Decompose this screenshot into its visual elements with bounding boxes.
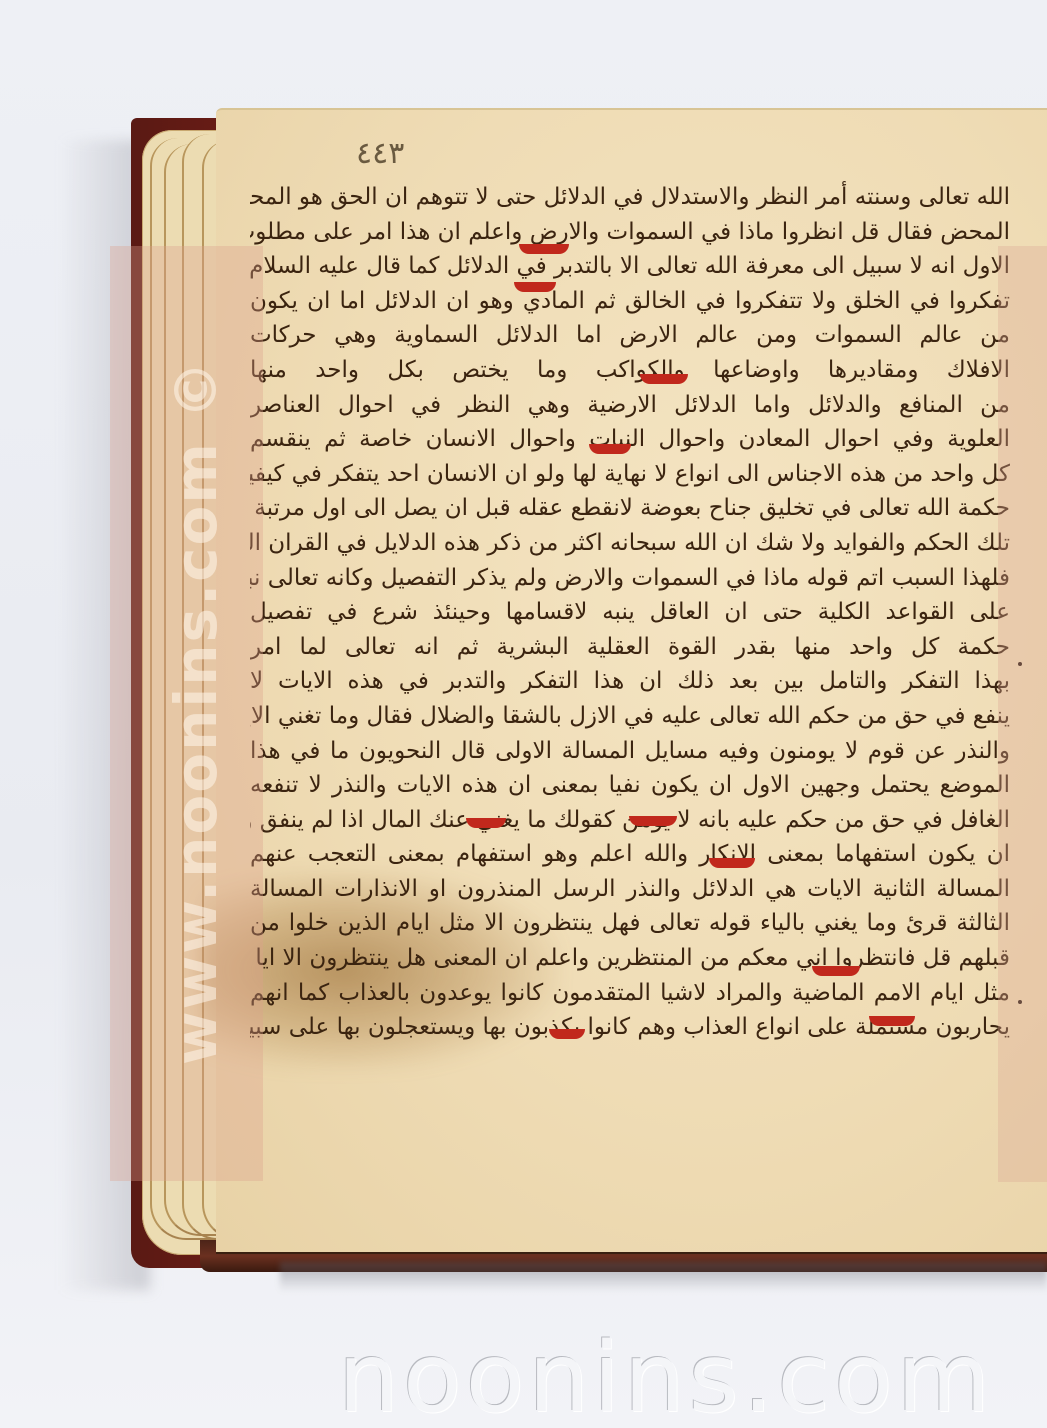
rubric-mark (514, 282, 556, 292)
text-line: تفكروا في الخلق ولا تتفكروا في الخالق ثم… (250, 284, 1010, 319)
text-line-content: من المنافع والدلائل واما الدلائل الارضية… (250, 392, 1010, 418)
page-number: ٤٤٣ (356, 136, 404, 171)
text-line-content: ان يكون استفهاما بمعنى الانكار والله اعل… (250, 841, 1010, 867)
text-line: حكمة كل واحد منها بقدر القوة العقلية الب… (250, 630, 1010, 665)
rubric-mark (549, 1029, 585, 1039)
text-line: الاول انه لا سبيل الى معرفة الله تعالى ا… (250, 249, 1010, 284)
text-line: العلوية وفي احوال المعادن واحوال النبات … (250, 422, 1010, 457)
text-line: تلك الحكم والفوايد ولا شك ان الله سبحانه… (250, 526, 1010, 561)
text-line-content: المحض فقال قل انظروا ماذا في السموات وال… (250, 219, 1010, 245)
text-line-content: من عالم السموات ومن عالم الارض اما الدلا… (250, 322, 1010, 348)
text-line: الله تعالى وسنته أمر النظر والاستدلال في… (250, 180, 1010, 215)
text-line-content: الثالثة قرئ وما يغني بالياء قوله تعالى ف… (250, 910, 1010, 936)
text-line-content: حكمة الله تعالى في تخليق جناح بعوضة لانق… (250, 495, 1010, 521)
rubric-mark (629, 816, 677, 826)
rubric-mark (709, 858, 755, 868)
text-line-content: تفكروا في الخلق ولا تتفكروا في الخالق ثم… (250, 288, 1010, 314)
watermark-bottom: noonins.com (338, 1322, 948, 1428)
text-line: ان يكون استفهاما بمعنى الانكار والله اعل… (250, 837, 1010, 872)
text-line-content: تلك الحكم والفوايد ولا شك ان الله سبحانه… (250, 530, 1010, 556)
text-line: مثل ايام الامم الماضية والمراد لاشيا الم… (250, 976, 1010, 1011)
text-line: قبلهم قل فانتظروا اني معكم من المنتظرين … (250, 941, 1010, 976)
text-line: الافلاك ومقاديرها واوضاعها والكواكب وما … (250, 353, 1010, 388)
watermark-band-right (998, 246, 1047, 1182)
text-line: والنذر عن قوم لا يومنون وفيه مسايل المسا… (250, 734, 1010, 769)
text-line: الموضع يحتمل وجهين الاول ان يكون نفيا بم… (250, 768, 1010, 803)
watermark-vertical: www.noonins.com © (162, 359, 230, 1065)
rubric-mark (589, 444, 631, 454)
text-line: من عالم السموات ومن عالم الارض اما الدلا… (250, 318, 1010, 353)
text-line-content: على القواعد الكلية حتى ان العاقل ينبه لا… (250, 599, 1010, 625)
text-line-content: ينفع في حق من حكم الله تعالى عليه في الا… (250, 703, 1010, 729)
text-line-content: فلهذا السبب اتم قوله ماذا في السموات وال… (250, 565, 1010, 591)
text-line-content: الموضع يحتمل وجهين الاول ان يكون نفيا بم… (250, 772, 1010, 798)
text-line: المسالة الثانية الايات هي الدلائل والنذر… (250, 872, 1010, 907)
text-line-content: كل واحد من هذه الاجناس الى انواع لا نهاي… (250, 461, 1010, 487)
text-line: بهذا التفكر والتامل بين بعد ذلك ان هذا ا… (250, 664, 1010, 699)
text-line: كل واحد من هذه الاجناس الى انواع لا نهاي… (250, 457, 1010, 492)
text-line: فلهذا السبب اتم قوله ماذا في السموات وال… (250, 561, 1010, 596)
text-line-content: بهذا التفكر والتامل بين بعد ذلك ان هذا ا… (250, 668, 1010, 694)
text-line: المحض فقال قل انظروا ماذا في السموات وال… (250, 215, 1010, 250)
text-line-content: الافلاك ومقاديرها واوضاعها والكواكب وما … (250, 357, 1010, 383)
text-line-content: مثل ايام الامم الماضية والمراد لاشيا الم… (250, 980, 1010, 1006)
text-line-content: قبلهم قل فانتظروا اني معكم من المنتظرين … (250, 945, 1010, 971)
manuscript-text-block: الله تعالى وسنته أمر النظر والاستدلال في… (250, 180, 1010, 1045)
text-line: الثالثة قرئ وما يغني بالياء قوله تعالى ف… (250, 906, 1010, 941)
text-line: ينفع في حق من حكم الله تعالى عليه في الا… (250, 699, 1010, 734)
text-line-content: الله تعالى وسنته أمر النظر والاستدلال في… (250, 184, 1010, 210)
rubric-mark (812, 966, 860, 976)
text-line-content: المسالة الثانية الايات هي الدلائل والنذر… (250, 876, 1010, 902)
text-line: حكمة الله تعالى في تخليق جناح بعوضة لانق… (250, 491, 1010, 526)
text-line-content: حكمة كل واحد منها بقدر القوة العقلية الب… (250, 634, 1010, 660)
text-line: على القواعد الكلية حتى ان العاقل ينبه لا… (250, 595, 1010, 630)
text-line-content: الاول انه لا سبيل الى معرفة الله تعالى ا… (250, 253, 1010, 279)
rubric-mark (640, 374, 688, 384)
rubric-mark (466, 818, 506, 828)
rubric-mark (869, 1016, 915, 1026)
text-line: من المنافع والدلائل واما الدلائل الارضية… (250, 388, 1010, 423)
text-line-content: والنذر عن قوم لا يومنون وفيه مسايل المسا… (250, 738, 1010, 764)
book-bottom-shadow (280, 1262, 1047, 1292)
rubric-mark (519, 244, 569, 254)
